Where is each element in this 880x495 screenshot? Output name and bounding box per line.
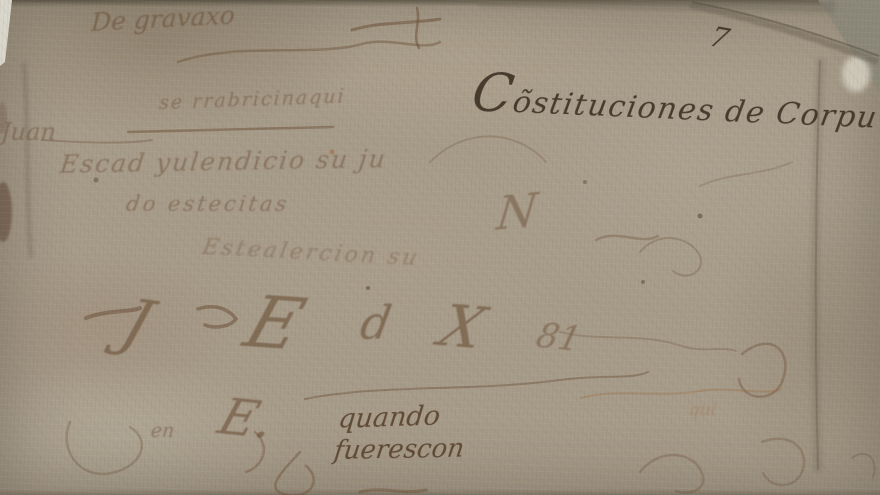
inscription-qui: qui	[688, 400, 717, 420]
inscription-faded-number: 81	[532, 316, 585, 360]
page-number: 7	[706, 20, 734, 55]
flourish-x-letter: X	[432, 292, 493, 362]
manuscript-title: Cõstituciones de Corpu	[468, 62, 880, 140]
inscription-margin-name: Juan	[0, 118, 57, 146]
backing-sliver	[0, 0, 12, 66]
inscription-quando: quando	[337, 400, 442, 435]
flourish-e2-letter: E.	[212, 388, 282, 450]
flourish-n-letter: N	[494, 182, 540, 241]
inscription-faded-line-4: do estecitas	[125, 192, 291, 216]
inscription-en: en	[150, 420, 176, 442]
manuscript-photo: 7 Cõstituciones de Corpu De gravaxo se r…	[0, 0, 880, 495]
inscription-top-left: De gravaxo	[90, 0, 235, 37]
inscription-fuerescon: fuerescon	[332, 434, 466, 466]
inscription-faded-line-5: Estealercion su	[200, 235, 422, 271]
inscription-top-left-2: se rrabricinaqui	[158, 85, 346, 114]
flourish-j-letter: J	[113, 286, 162, 361]
flourish-d-letter: d	[356, 296, 395, 350]
flourish-e-letter: E	[235, 280, 314, 366]
inscription-faded-line-3: Escad yulendicio su ju	[58, 144, 388, 179]
